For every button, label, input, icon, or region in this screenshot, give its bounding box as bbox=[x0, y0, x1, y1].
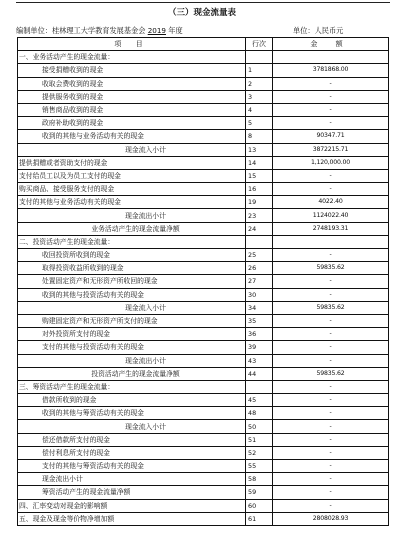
table-row: 购买商品、接受服务支付的现金16- bbox=[18, 183, 389, 196]
row-item-label: 五、现金及现金等价物净增加额 bbox=[18, 512, 246, 525]
table-row: 现金流出小计43- bbox=[18, 354, 389, 367]
table-row: 政府补助收到的现金5- bbox=[18, 117, 389, 130]
row-amount: - bbox=[273, 169, 389, 182]
row-line-number: 39 bbox=[246, 341, 273, 354]
row-item-label: 现金流出小计 bbox=[18, 209, 246, 222]
column-header-line-no: 行次 bbox=[246, 38, 273, 51]
row-line-number: 5 bbox=[246, 117, 273, 130]
row-amount bbox=[273, 235, 389, 248]
row-line-number bbox=[246, 235, 273, 248]
row-amount: - bbox=[273, 183, 389, 196]
table-row: 收取会费收到的现金2- bbox=[18, 77, 389, 90]
row-line-number: 45 bbox=[246, 394, 273, 407]
row-line-number: 23 bbox=[246, 209, 273, 222]
row-amount: - bbox=[273, 420, 389, 433]
cash-flow-table: 项 目 行次 金 额 一、业务活动产生的现金流量：接受捐赠收到的现金137818… bbox=[17, 37, 389, 526]
table-row: 取得投资收益所收到的现金2659835.62 bbox=[18, 262, 389, 275]
table-row: 收到的其他与筹资活动有关的现金48- bbox=[18, 407, 389, 420]
row-line-number: 14 bbox=[246, 156, 273, 169]
row-item-label: 收到的其他与筹资活动有关的现金 bbox=[18, 407, 246, 420]
currency-unit: 单位：人民币元 bbox=[293, 26, 343, 36]
column-header-item: 项 目 bbox=[18, 38, 246, 51]
row-amount: - bbox=[273, 288, 389, 301]
row-line-number: 35 bbox=[246, 314, 273, 327]
table-row: 三、筹资活动产生的现金流量：- bbox=[18, 380, 389, 393]
row-amount: 2748193.31 bbox=[273, 222, 389, 235]
row-amount: 2808028.93 bbox=[273, 512, 389, 525]
row-amount: 3781868.00 bbox=[273, 64, 389, 77]
row-item-label: 政府补助收到的现金 bbox=[18, 117, 246, 130]
row-amount: 4022.40 bbox=[273, 196, 389, 209]
row-item-label: 取得投资收益所收到的现金 bbox=[18, 262, 246, 275]
row-amount: - bbox=[273, 275, 389, 288]
row-item-label: 现金流入小计 bbox=[18, 420, 246, 433]
table-row: 接受捐赠收到的现金13781868.00 bbox=[18, 64, 389, 77]
row-line-number: 61 bbox=[246, 512, 273, 525]
row-item-label: 偿付利息所支付的现金 bbox=[18, 446, 246, 459]
row-item-label: 提供服务收到的现金 bbox=[18, 90, 246, 103]
row-line-number: 60 bbox=[246, 499, 273, 512]
row-amount: - bbox=[273, 328, 389, 341]
row-line-number: 30 bbox=[246, 288, 273, 301]
row-item-label: 收到的其他与投资活动有关的现金 bbox=[18, 288, 246, 301]
table-body: 一、业务活动产生的现金流量：接受捐赠收到的现金13781868.00收取会费收到… bbox=[18, 51, 389, 526]
table-row: 支付的其他与投资活动有关的现金39- bbox=[18, 341, 389, 354]
row-line-number: 59 bbox=[246, 486, 273, 499]
row-item-label: 支付的其他与投资活动有关的现金 bbox=[18, 341, 246, 354]
row-amount: 59835.62 bbox=[273, 262, 389, 275]
table-row: 支付的其他与业务活动有关的现金194022.40 bbox=[18, 196, 389, 209]
row-amount: - bbox=[273, 354, 389, 367]
row-item-label: 支付的其他与业务活动有关的现金 bbox=[18, 196, 246, 209]
row-line-number: 1 bbox=[246, 64, 273, 77]
row-item-label: 借款所收到的现金 bbox=[18, 394, 246, 407]
top-rule bbox=[16, 2, 390, 3]
row-line-number: 44 bbox=[246, 367, 273, 380]
row-amount: - bbox=[273, 77, 389, 90]
table-row: 现金流入小计3459835.62 bbox=[18, 301, 389, 314]
table-row: 现金流出小计231124022.40 bbox=[18, 209, 389, 222]
row-line-number: 2 bbox=[246, 77, 273, 90]
row-line-number: 3 bbox=[246, 90, 273, 103]
row-line-number: 58 bbox=[246, 473, 273, 486]
row-line-number: 15 bbox=[246, 169, 273, 182]
row-item-label: 收到的其他与业务活动有关的现金 bbox=[18, 130, 246, 143]
report-title: （三）现金流量表 bbox=[0, 7, 404, 19]
row-amount: 3872215.71 bbox=[273, 143, 389, 156]
table-row: 筹资活动产生的现金流量净额59- bbox=[18, 486, 389, 499]
table-row: 五、现金及现金等价物净增加额612808028.93 bbox=[18, 512, 389, 525]
row-amount: 59835.62 bbox=[273, 367, 389, 380]
row-amount: - bbox=[273, 117, 389, 130]
row-item-label: 现金流出小计 bbox=[18, 473, 246, 486]
row-line-number: 52 bbox=[246, 446, 273, 459]
table-row: 偿付利息所支付的现金52- bbox=[18, 446, 389, 459]
row-line-number: 19 bbox=[246, 196, 273, 209]
row-item-label: 投资活动产生的现金流量净额 bbox=[18, 367, 246, 380]
row-item-label: 支付的其他与筹资活动有关的现金 bbox=[18, 460, 246, 473]
row-amount: - bbox=[273, 341, 389, 354]
table-row: 偿还借款所支付的现金51- bbox=[18, 433, 389, 446]
table-row: 销售商品收到的现金4- bbox=[18, 103, 389, 116]
row-amount: - bbox=[273, 407, 389, 420]
row-item-label: 现金流入小计 bbox=[18, 143, 246, 156]
row-line-number: 27 bbox=[246, 275, 273, 288]
row-amount: - bbox=[273, 314, 389, 327]
table-row: 一、业务活动产生的现金流量： bbox=[18, 51, 389, 64]
column-header-amount: 金 额 bbox=[273, 38, 389, 51]
table-row: 对外投资所支付的现金36- bbox=[18, 328, 389, 341]
row-amount: - bbox=[273, 473, 389, 486]
row-item-label: 一、业务活动产生的现金流量： bbox=[18, 51, 246, 64]
table-row: 现金流入小计133872215.71 bbox=[18, 143, 389, 156]
row-item-label: 支付给员工以及为员工支付的现金 bbox=[18, 169, 246, 182]
row-amount: - bbox=[273, 460, 389, 473]
row-item-label: 接受捐赠收到的现金 bbox=[18, 64, 246, 77]
row-amount: - bbox=[273, 486, 389, 499]
row-amount: - bbox=[273, 499, 389, 512]
row-amount: - bbox=[273, 249, 389, 262]
row-line-number: 50 bbox=[246, 420, 273, 433]
row-amount: 1124022.40 bbox=[273, 209, 389, 222]
row-amount bbox=[273, 51, 389, 64]
table-row: 购建固定资产和无形资产所支付的现金35- bbox=[18, 314, 389, 327]
report-year: 2019 bbox=[148, 26, 166, 35]
row-item-label: 对外投资所支付的现金 bbox=[18, 328, 246, 341]
row-line-number: 13 bbox=[246, 143, 273, 156]
table-row: 业务活动产生的现金流量净额242748193.31 bbox=[18, 222, 389, 235]
row-line-number: 8 bbox=[246, 130, 273, 143]
row-item-label: 四、汇率变动对现金的影响额 bbox=[18, 499, 246, 512]
table-row: 支付给员工以及为员工支付的现金15- bbox=[18, 169, 389, 182]
row-item-label: 处置固定资产和无形资产所收回的现金 bbox=[18, 275, 246, 288]
report-meta: 编制单位：桂林理工大学教育发展基金会 2019 年度 单位：人民币元 bbox=[16, 26, 388, 36]
row-line-number: 24 bbox=[246, 222, 273, 235]
table-row: 现金流入小计50- bbox=[18, 420, 389, 433]
table-row: 支付的其他与筹资活动有关的现金55- bbox=[18, 460, 389, 473]
row-item-label: 购建固定资产和无形资产所支付的现金 bbox=[18, 314, 246, 327]
row-line-number: 16 bbox=[246, 183, 273, 196]
table-row: 现金流出小计58- bbox=[18, 473, 389, 486]
table-row: 提供服务收到的现金3- bbox=[18, 90, 389, 103]
row-line-number: 25 bbox=[246, 249, 273, 262]
row-line-number: 34 bbox=[246, 301, 273, 314]
row-item-label: 收取会费收到的现金 bbox=[18, 77, 246, 90]
row-item-label: 偿还借款所支付的现金 bbox=[18, 433, 246, 446]
row-line-number: 43 bbox=[246, 354, 273, 367]
row-amount: - bbox=[273, 446, 389, 459]
row-item-label: 现金流出小计 bbox=[18, 354, 246, 367]
table-row: 二、投资活动产生的现金流量： bbox=[18, 235, 389, 248]
row-item-label: 三、筹资活动产生的现金流量： bbox=[18, 380, 246, 393]
row-line-number bbox=[246, 380, 273, 393]
table-row: 处置固定资产和无形资产所收回的现金27- bbox=[18, 275, 389, 288]
table-row: 借款所收到的现金45- bbox=[18, 394, 389, 407]
row-amount: 90347.71 bbox=[273, 130, 389, 143]
org-label: 编制单位：桂林理工大学教育发展基金会 bbox=[16, 26, 145, 35]
table-row: 四、汇率变动对现金的影响额60- bbox=[18, 499, 389, 512]
row-amount: - bbox=[273, 433, 389, 446]
row-amount: 1,120,000.00 bbox=[273, 156, 389, 169]
row-line-number: 4 bbox=[246, 103, 273, 116]
row-line-number: 48 bbox=[246, 407, 273, 420]
row-line-number: 26 bbox=[246, 262, 273, 275]
row-item-label: 现金流入小计 bbox=[18, 301, 246, 314]
org-info: 编制单位：桂林理工大学教育发展基金会 2019 年度 bbox=[16, 26, 183, 36]
row-amount: 59835.62 bbox=[273, 301, 389, 314]
row-item-label: 筹资活动产生的现金流量净额 bbox=[18, 486, 246, 499]
row-amount: - bbox=[273, 90, 389, 103]
row-line-number: 51 bbox=[246, 433, 273, 446]
row-item-label: 收回投资所收到的现金 bbox=[18, 249, 246, 262]
row-item-label: 业务活动产生的现金流量净额 bbox=[18, 222, 246, 235]
table-row: 收到的其他与投资活动有关的现金30- bbox=[18, 288, 389, 301]
table-row: 收到的其他与业务活动有关的现金890347.71 bbox=[18, 130, 389, 143]
row-amount: - bbox=[273, 394, 389, 407]
row-item-label: 销售商品收到的现金 bbox=[18, 103, 246, 116]
table-row: 收回投资所收到的现金25- bbox=[18, 249, 389, 262]
row-line-number: 55 bbox=[246, 460, 273, 473]
year-suffix: 年度 bbox=[168, 26, 182, 35]
row-line-number: 36 bbox=[246, 328, 273, 341]
row-item-label: 提供捐赠或者资助支付的现金 bbox=[18, 156, 246, 169]
row-item-label: 二、投资活动产生的现金流量： bbox=[18, 235, 246, 248]
table-header-row: 项 目 行次 金 额 bbox=[18, 38, 389, 51]
row-line-number bbox=[246, 51, 273, 64]
table-row: 提供捐赠或者资助支付的现金141,120,000.00 bbox=[18, 156, 389, 169]
row-amount: - bbox=[273, 380, 389, 393]
row-amount: - bbox=[273, 103, 389, 116]
table-row: 投资活动产生的现金流量净额4459835.62 bbox=[18, 367, 389, 380]
row-item-label: 购买商品、接受服务支付的现金 bbox=[18, 183, 246, 196]
